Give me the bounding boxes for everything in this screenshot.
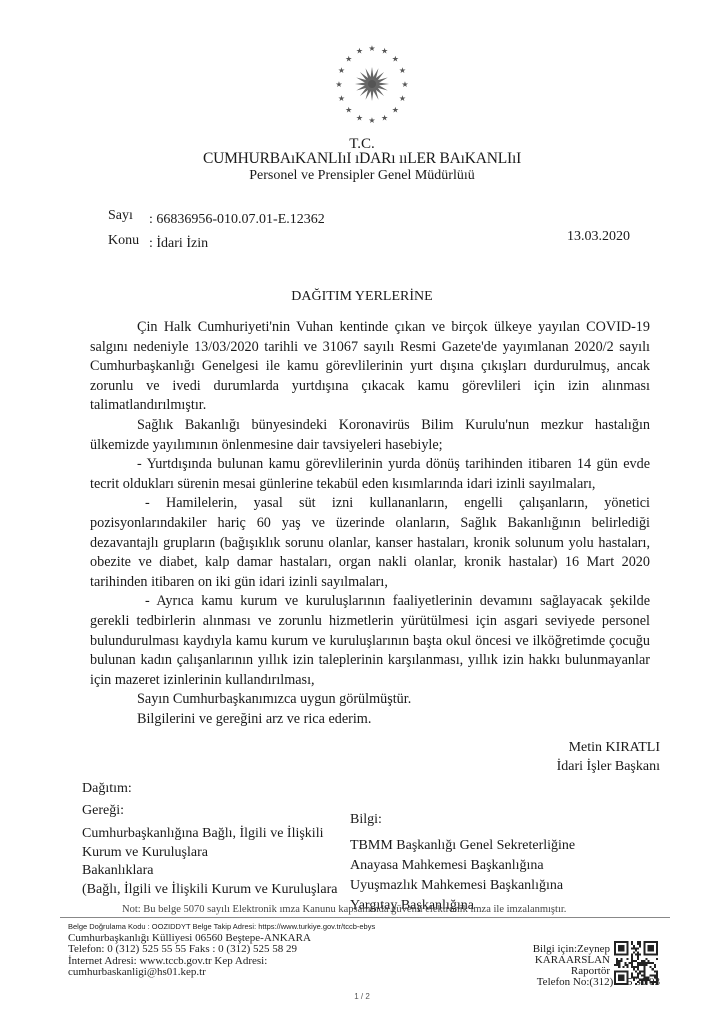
recipient: Uyuşmazlık Mahkemesi Başkanlığına: [350, 876, 575, 896]
svg-text:★: ★: [392, 55, 399, 64]
recipient: Bakanlıklara: [82, 862, 337, 881]
document-title: DAĞITIM YERLERİNE: [0, 289, 724, 305]
svg-text:★: ★: [338, 94, 345, 103]
recipient: Cumhurbaşkanlığına Bağlı, İlgili ve İliş…: [82, 825, 337, 844]
svg-text:★: ★: [368, 44, 375, 53]
info-label: Bilgi:: [350, 810, 382, 830]
presidential-emblem-icon: ★★★★★★★★★★★★★★★★: [332, 42, 412, 132]
action-recipients: Cumhurbaşkanlığına Bağlı, İlgili ve İliş…: [82, 825, 337, 899]
document-date: 13.03.2020: [567, 229, 630, 245]
recipient: (Bağlı, İlgili ve İlişkili Kurum ve Kuru…: [82, 881, 337, 900]
number-value: : 66836956-010.07.01-E.12362: [149, 212, 325, 228]
signatory-name: Metin KIRATLI: [490, 738, 660, 757]
svg-text:★: ★: [381, 113, 388, 122]
svg-text:★: ★: [345, 106, 352, 115]
svg-text:★: ★: [401, 80, 408, 89]
svg-text:★: ★: [381, 47, 388, 56]
recipient: Anayasa Mahkemesi Başkanlığına: [350, 856, 575, 876]
number-label: Sayı: [108, 208, 133, 224]
department-name: Personel ve Prensipler Genel Müdürlüıü: [0, 168, 724, 184]
distribution-label: Dağıtım:: [82, 780, 132, 799]
svg-text:★: ★: [368, 116, 375, 125]
body-paragraph: Bilgilerini ve gereğini arz ve rica eder…: [90, 710, 650, 730]
qr-code-icon: [614, 941, 658, 985]
recipient: TBMM Başkanlığı Genel Sekreterliğine: [350, 836, 575, 856]
body-paragraph: - Ayrıca kamu kurum ve kuruluşlarının fa…: [90, 592, 650, 690]
footer-divider: [60, 917, 670, 918]
svg-text:★: ★: [335, 80, 342, 89]
page-number: 1 / 2: [0, 992, 724, 1001]
svg-text:★: ★: [399, 94, 406, 103]
body-paragraph: - Yurtdışında bulunan kamu görevlilerini…: [90, 455, 650, 494]
body-paragraph: Sağlık Bakanlığı bünyesindeki Koronavirü…: [90, 416, 650, 455]
body-paragraph: - Hamilelerin, yasal süt izni kullananla…: [90, 494, 650, 592]
e-signature-note: Not: Bu belge 5070 sayılı Elektronik ımz…: [122, 904, 722, 915]
institution-name: CUMHURBAıKANLIıI ıDARı ııLER BAıKANLIıI: [0, 150, 724, 168]
verification-code: Belge Doğrulama Kodu : OOZIDDYT Belge Ta…: [68, 921, 375, 933]
signatory-title: İdari İşler Başkanı: [490, 757, 660, 776]
document-body: Çin Halk Cumhuriyeti'nin Vuhan kentinde …: [90, 318, 650, 729]
svg-text:★: ★: [399, 66, 406, 75]
recipient: Kurum ve Kuruluşlara: [82, 844, 337, 863]
contact-block: Bilgi için:Zeynep KARAARSLAN Raportör Te…: [460, 944, 610, 988]
svg-text:★: ★: [356, 113, 363, 122]
footer-address-block: Belge Doğrulama Kodu : OOZIDDYT Belge Ta…: [68, 921, 375, 979]
svg-text:★: ★: [392, 106, 399, 115]
phone-fax: Telefon: 0 (312) 525 55 55 Faks : 0 (312…: [68, 944, 375, 956]
action-label: Gereği:: [82, 802, 124, 821]
body-paragraph: Sayın Cumhurbaşkanımızca uygun görülmüşt…: [90, 690, 650, 710]
svg-text:★: ★: [338, 66, 345, 75]
svg-text:★: ★: [345, 55, 352, 64]
kep-address: cumhurbaskanligi@hs01.kep.tr: [68, 967, 375, 979]
subject-value: : İdari İzin: [149, 236, 208, 252]
subject-label: Konu: [108, 233, 139, 249]
body-paragraph: Çin Halk Cumhuriyeti'nin Vuhan kentinde …: [90, 318, 650, 416]
svg-text:★: ★: [356, 47, 363, 56]
